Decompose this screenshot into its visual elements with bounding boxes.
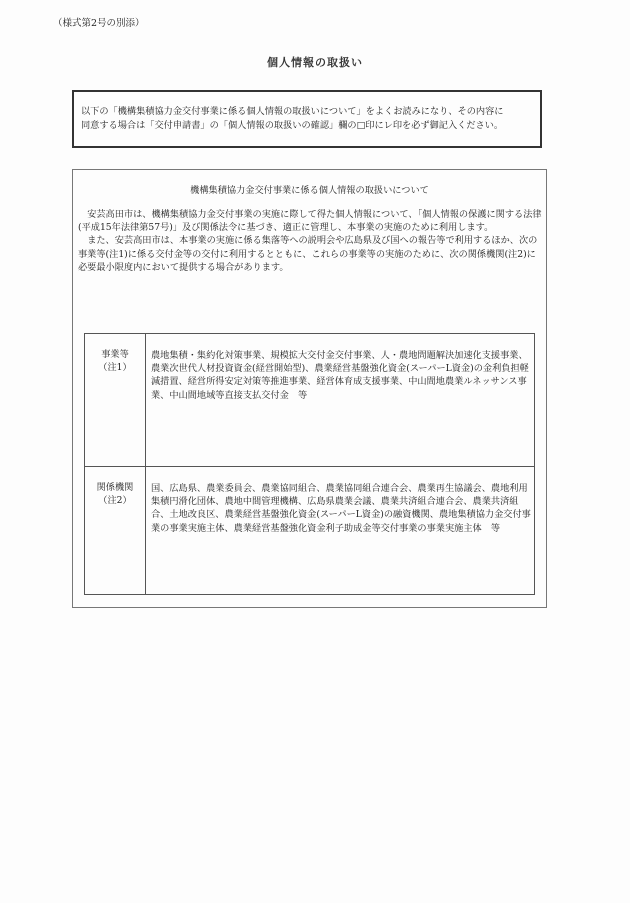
row-label: 関係機関 [85,482,145,495]
section-body: 安芸高田市は、機構集積協力金交付事業の実施に際して得た個人情報について、「個人情… [78,208,544,274]
row-note: （注2） [85,495,145,508]
row-label: 事業等 [85,349,145,362]
form-number: （様式第2号の別添） [53,15,145,29]
consent-notice-box: 以下の「機構集積協力金交付事業に係る個人情報の取扱いについて」をよくお読みになり… [72,90,542,148]
paragraph-usage: 安芸高田市は、機構集積協力金交付事業の実施に際して得た個人情報について、「個人情… [78,208,544,234]
page-title: 個人情報の取扱い [0,54,630,70]
notice-line-2: 同意する場合は「交付申請書」の「個人情報の取扱いの確認」欄の□印にレ印を必ず御記… [81,119,540,133]
row-note: （注1） [85,362,145,375]
paragraph-provision: また、安芸高田市は、本事業の実施に係る集落等への説明会や広島県及び国への報告等で… [78,234,544,274]
privacy-policy-section: 機構集積協力金交付事業に係る個人情報の取扱いについて 安芸高田市は、機構集積協力… [72,169,547,608]
notice-line-1: 以下の「機構集積協力金交付事業に係る個人情報の取扱いについて」をよくお読みになり… [81,105,540,119]
table-row-related-agencies: 関係機関 （注2） 国、広島県、農業委員会、農業協同組合、農業協同組合連合会、農… [85,467,534,594]
label-cell: 関係機関 （注2） [85,467,146,594]
section-heading: 機構集積協力金交付事業に係る個人情報の取扱いについて [73,182,546,196]
value-cell: 国、広島県、農業委員会、農業協同組合、農業協同組合連合会、農業再生協議会、農地利… [151,482,531,535]
label-cell: 事業等 （注1） [85,334,146,466]
info-table: 事業等 （注1） 農地集積・集約化対策事業、規模拡大交付金交付事業、人・農地問題… [84,333,535,595]
table-row-projects: 事業等 （注1） 農地集積・集約化対策事業、規模拡大交付金交付事業、人・農地問題… [85,334,534,467]
value-cell: 農地集積・集約化対策事業、規模拡大交付金交付事業、人・農地問題解決加速化支援事業… [151,349,531,402]
